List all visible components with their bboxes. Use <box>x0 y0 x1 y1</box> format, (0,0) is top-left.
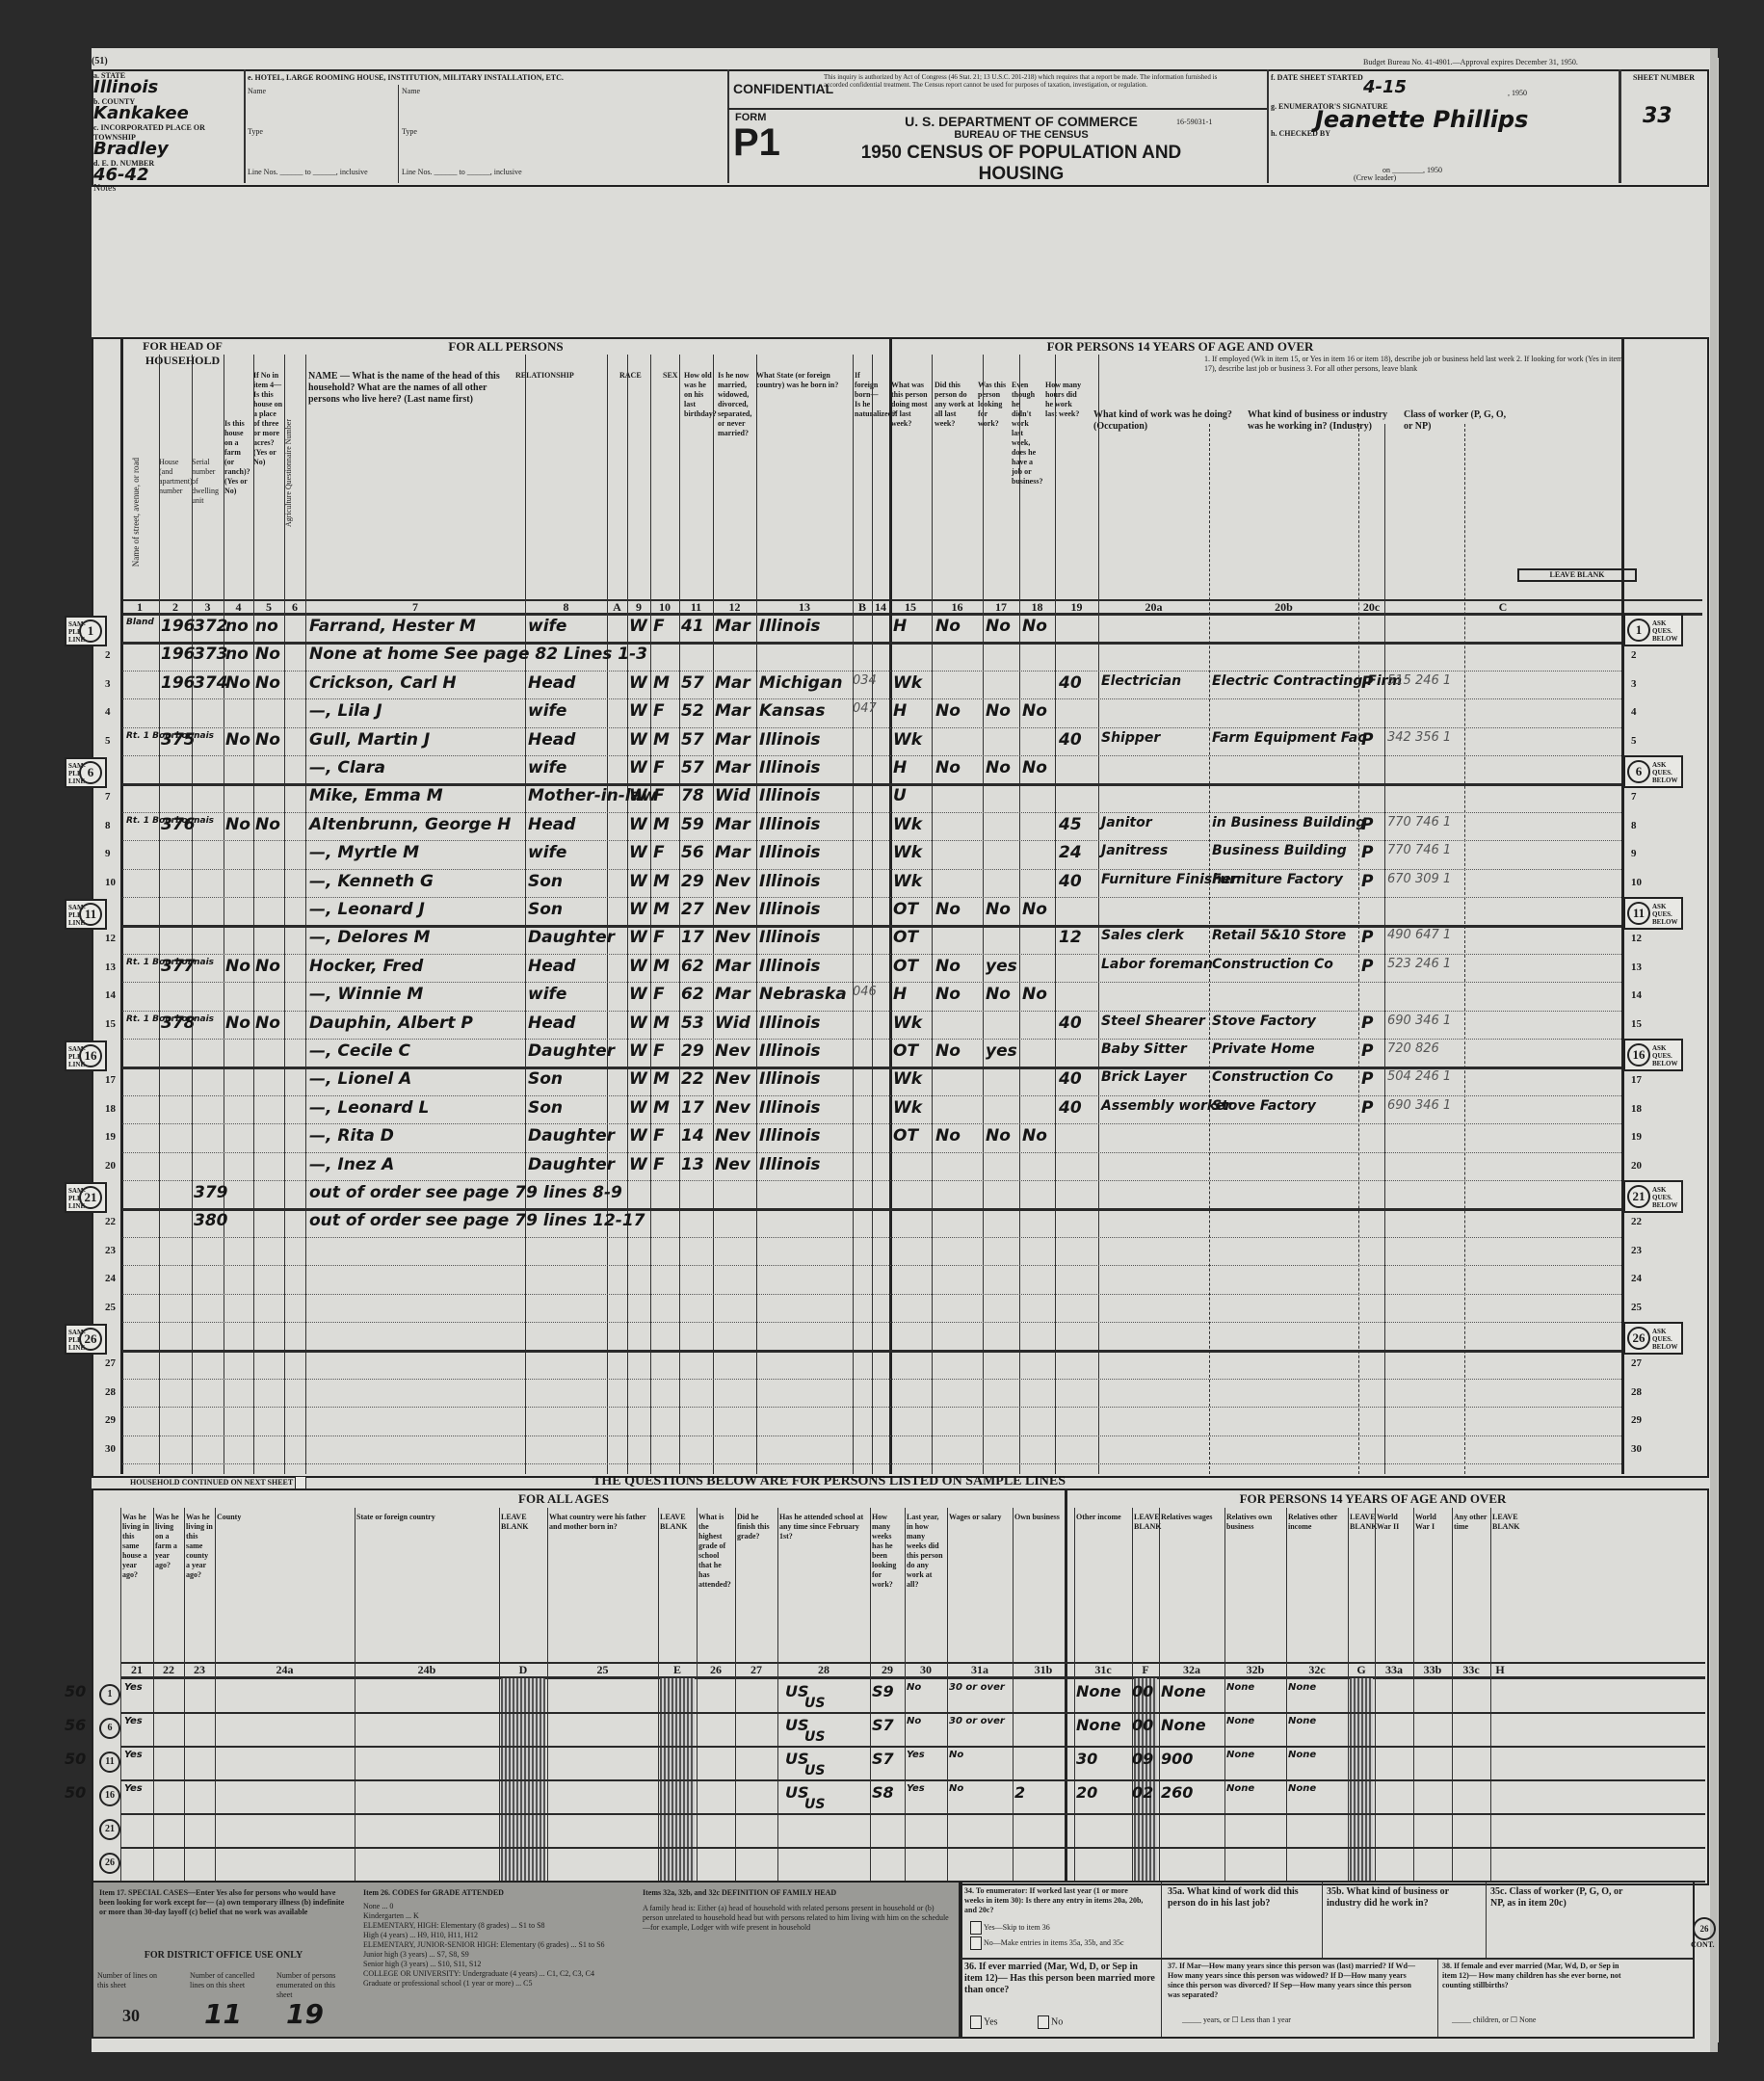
sample-col-label-32a: Relatives wages <box>1161 1513 1223 1522</box>
household-continued-checkbox[interactable] <box>295 1476 306 1489</box>
cell-hours: 12 <box>1059 928 1097 947</box>
sample-colnum-28: 28 <box>777 1663 870 1677</box>
sample-cell-f[interactable]: 00 <box>1132 1716 1159 1734</box>
line-number-right: 19 <box>1631 1131 1642 1143</box>
sample-cell-grade[interactable]: S7 <box>872 1716 907 1734</box>
cell-c17: yes <box>986 1041 1018 1061</box>
sample-cell-c30[interactable]: None <box>1076 1716 1124 1734</box>
line-number: 2 <box>105 649 111 661</box>
sample-col-label-31a: Wages or salary <box>949 1513 1011 1522</box>
sample-cell-c30[interactable]: 20 <box>1076 1783 1124 1802</box>
grade-code-item: High (4 years) ... H9, H10, H11, H12 <box>363 1931 623 1940</box>
cell-race: W <box>629 1014 650 1033</box>
col-1-label: Name of street, avenue, or road <box>130 458 157 566</box>
confidential-text: This inquiry is authorized by Act of Con… <box>824 73 1228 89</box>
table-row: SAM-PLE LINE2626ASK QUES. BELOW <box>92 1322 1705 1350</box>
cont-label: CONT. <box>1691 1940 1715 1950</box>
checked-by-label: h. CHECKED BY <box>1271 129 1330 139</box>
sample-cell-c31c[interactable]: None <box>1288 1750 1346 1760</box>
cell-name: —, Cecile C <box>309 1041 523 1061</box>
cell-rel: wife <box>528 985 605 1004</box>
line-number-right: 22 <box>1631 1216 1642 1227</box>
cell-name: —, Kenneth G <box>309 872 523 891</box>
line-number: 13 <box>105 961 116 973</box>
sample-cell-c31b[interactable]: None <box>1226 1750 1284 1760</box>
sample-cell-c31c[interactable]: None <box>1288 1783 1346 1794</box>
q34-no-checkbox[interactable] <box>970 1936 982 1950</box>
cell-race: W <box>629 957 650 976</box>
colnum-20b: 20b <box>1209 600 1358 615</box>
cell-occ: Assembly worker <box>1101 1098 1207 1114</box>
cell-age: 29 <box>681 872 712 891</box>
cell-marital: Nev <box>715 1098 755 1118</box>
cell-acres: No <box>255 645 284 664</box>
cell-name: —, Lila J <box>309 701 523 721</box>
col-12-label: Is he now married, widowed, divorced, se… <box>718 371 751 438</box>
cell-sex: F <box>653 1155 678 1174</box>
colnum-18: 18 <box>1019 600 1055 615</box>
col-20b-label: What kind of business or industry was he… <box>1248 409 1392 433</box>
cancelled-label: Number of cancelled lines on this sheet <box>190 1971 257 1990</box>
table-row: SAM-PLE LINE1111ASK QUES. BELOW—, Leonar… <box>92 897 1705 925</box>
cell-hours: 40 <box>1059 730 1097 750</box>
sample-colnum-33a: 33a <box>1375 1663 1413 1677</box>
line-number-right: 30 <box>1631 1443 1642 1455</box>
sample-cell-c21[interactable]: Yes <box>124 1750 153 1760</box>
cell-c15: Wk <box>893 1098 932 1118</box>
cell-sex: M <box>653 730 678 750</box>
sample-colnum-24a: 24a <box>215 1663 355 1677</box>
col-14-label: If foreign born— Is he naturalized? <box>855 371 879 419</box>
q37-tail[interactable]: _____ years, or ☐ Less than 1 year <box>1182 2015 1291 2025</box>
cell-code: 342 356 1 <box>1387 730 1503 745</box>
cell-occ: Janitor <box>1101 815 1207 830</box>
line-number: 7 <box>105 791 111 803</box>
col-9-label: RACE <box>619 371 658 381</box>
line-number-right: 15 <box>1631 1018 1642 1030</box>
sample-line-circle: 21 <box>99 1819 120 1840</box>
sample-cell-c28[interactable]: No <box>949 1783 1007 1794</box>
sample-colnum-22: 22 <box>153 1663 184 1677</box>
sample-cell-c31b[interactable]: None <box>1226 1783 1284 1794</box>
cell-c17: No <box>986 617 1018 636</box>
cell-marital: Mar <box>715 730 755 750</box>
form-id: P1 <box>733 121 780 164</box>
sample-cell-prefix[interactable]: 50 <box>65 1682 88 1700</box>
col-7-label: NAME — What is the name of the head of t… <box>308 371 511 406</box>
cell-race: W <box>629 701 650 721</box>
sample-cell-c31a[interactable]: None <box>1161 1682 1219 1700</box>
sample-cell-c31c[interactable]: None <box>1288 1682 1346 1693</box>
cell-race: W <box>629 1098 650 1118</box>
confidential-label: CONFIDENTIAL <box>733 81 833 96</box>
cell-age: 14 <box>681 1126 712 1146</box>
cell-sex: F <box>653 1126 678 1146</box>
cell-age: 29 <box>681 1041 712 1061</box>
section-all-persons: FOR ALL PERSONS <box>246 339 766 355</box>
cell-birthplace: Illinois <box>759 1069 852 1089</box>
sample-cell-c21[interactable]: Yes <box>124 1716 153 1726</box>
hotel-lines-label-1: Line Nos. ______ to ______, inclusive <box>248 168 368 177</box>
cell-birthplace: Illinois <box>759 758 852 777</box>
cell-name: Altenbrunn, George H <box>309 815 523 834</box>
cell-sex: M <box>653 1014 678 1033</box>
sample-colnum-33b: 33b <box>1413 1663 1452 1677</box>
sample-cell-grade[interactable]: S8 <box>872 1783 907 1802</box>
cancelled-value: 11 <box>204 1998 242 2030</box>
sample-colnum-31b: 31b <box>1013 1663 1074 1677</box>
cell-rel: wife <box>528 617 605 636</box>
cell-c15: Wk <box>893 872 932 891</box>
cell-birthplace: Illinois <box>759 730 852 750</box>
sample-cell-c31c[interactable]: None <box>1288 1716 1346 1726</box>
q34-yes-checkbox[interactable] <box>970 1921 982 1935</box>
cell-birthplace: Illinois <box>759 957 852 976</box>
sample-questions-title: THE QUESTIONS BELOW ARE FOR PERSONS LIST… <box>592 1474 1066 1489</box>
line-number: 10 <box>105 877 116 888</box>
sample-cell-prefix[interactable]: 50 <box>65 1750 88 1768</box>
cell-race: W <box>629 786 650 805</box>
section-persons-14: FOR PERSONS 14 YEARS OF AGE AND OVER <box>824 339 1537 355</box>
colnum-4: 4 <box>224 600 253 615</box>
cell-marital: Wid <box>715 1014 755 1033</box>
q34-yes-option[interactable]: Yes—Skip to item 36 <box>970 1921 1050 1935</box>
cell-birthplace: Illinois <box>759 1014 852 1033</box>
line-number: 5 <box>105 735 111 747</box>
grade-codes-list: None ... 0Kindergarten ... KELEMENTARY, … <box>363 1902 623 1989</box>
cell-c15: OT <box>893 1126 932 1146</box>
cell-age: 53 <box>681 1014 712 1033</box>
q36-text: 36. If ever married (Mar, Wd, D, or Sep … <box>964 1962 1157 1996</box>
cell-farm: no <box>225 617 252 636</box>
sample-cell-grade[interactable]: S7 <box>872 1750 907 1768</box>
cell-ind: Retail 5&10 Store <box>1212 928 1356 943</box>
line-number: 29 <box>105 1414 116 1426</box>
cell-race: W <box>629 1155 650 1174</box>
grade-code-item: Senior high (3 years) ... S10, S11, S12 <box>363 1960 623 1969</box>
cell-ind: Stove Factory <box>1212 1014 1356 1029</box>
sample-cell-c31a[interactable]: None <box>1161 1716 1219 1734</box>
q38-tail[interactable]: _____ children, or ☐ None <box>1452 2015 1536 2025</box>
cell-rel: Daughter <box>528 1126 605 1146</box>
table-row: 2323 <box>92 1237 1705 1265</box>
q35a-text: 35a. What kind of work did this person d… <box>1168 1886 1322 1910</box>
cell-code: 523 246 1 <box>1387 957 1503 971</box>
cell-serial: 373 <box>194 645 223 664</box>
cell-rel: Head <box>528 957 605 976</box>
sample-cell-mother[interactable]: US <box>804 1729 825 1745</box>
cell-age: 22 <box>681 1069 712 1089</box>
cell-code: 770 746 1 <box>1387 815 1503 830</box>
cell-name: —, Clara <box>309 758 523 777</box>
q38-text: 38. If female and ever married (Mar, Wd,… <box>1442 1962 1635 1990</box>
sample-cell-mother[interactable]: US <box>804 1797 825 1812</box>
cell-marital: Mar <box>715 957 755 976</box>
sample-colnum-g: G <box>1348 1663 1375 1677</box>
sample-cell-f[interactable]: 00 <box>1132 1682 1159 1700</box>
cell-rel: Daughter <box>528 928 605 947</box>
line-number-right: 24 <box>1631 1273 1642 1284</box>
cell-rel: Son <box>528 1098 605 1118</box>
cell-code: 515 246 1 <box>1387 673 1503 688</box>
sample-cell-f[interactable]: 09 <box>1132 1750 1159 1768</box>
cell-rel: wife <box>528 758 605 777</box>
line-number-right: 12 <box>1631 933 1642 944</box>
colnum-a: A <box>607 600 627 615</box>
cell-rel: Mother-in-law <box>528 786 605 805</box>
cell-c17: No <box>986 985 1018 1004</box>
cell-rel: Head <box>528 815 605 834</box>
cell-c17: No <box>986 1126 1018 1146</box>
q34-no-option[interactable]: No—Make entries in items 35a, 35b, and 3… <box>970 1936 1124 1950</box>
cell-ind: Farm Equipment Fac <box>1212 730 1356 746</box>
cell-rel: Daughter <box>528 1155 605 1174</box>
county-value: Kankakee <box>93 103 243 123</box>
table-row: SAM-PLE LINE2121ASK QUES. BELOW379out of… <box>92 1180 1705 1208</box>
colnum-16: 16 <box>932 600 983 615</box>
cell-marital: Mar <box>715 758 755 777</box>
sample-colnum-32a: 32a <box>1159 1663 1224 1677</box>
cell-cls: P <box>1361 1098 1382 1118</box>
cell-sex: F <box>653 786 678 805</box>
location-fields: a. STATE Illinois b. COUNTY Kankakee c. … <box>93 71 243 185</box>
table-row: 1313Rt. 1 Bourbonnais377NoNoHocker, Fred… <box>92 954 1705 982</box>
cell-house: 196 <box>161 617 192 636</box>
sample-cell-c31a[interactable]: 900 <box>1161 1750 1219 1768</box>
cell-b: 034 <box>853 673 891 688</box>
sample-cell-finished[interactable]: Yes <box>907 1783 945 1794</box>
date-started-label: f. DATE SHEET STARTED <box>1271 73 1363 83</box>
cell-c15: H <box>893 701 932 721</box>
grade-code-item: Kindergarten ... K <box>363 1911 623 1921</box>
colnum-10: 10 <box>650 600 679 615</box>
sample-col-label-32b: Relatives own business <box>1226 1513 1284 1532</box>
cell-birthplace: Kansas <box>759 701 852 721</box>
table-row: 22196373noNoNone at home See page 82 Lin… <box>92 642 1705 670</box>
q36-yes-checkbox[interactable] <box>970 2015 982 2029</box>
sample-cell-c21[interactable]: Yes <box>124 1682 153 1693</box>
sample-cell-mother[interactable]: US <box>804 1763 825 1778</box>
cell-marital: Wid <box>715 786 755 805</box>
table-row: 1818—, Leonard LSonWM17NevIllinoisWk40As… <box>92 1095 1705 1123</box>
cell-c18: No <box>1022 1126 1055 1146</box>
cell-house: 378 <box>161 1014 192 1033</box>
cell-race: W <box>629 900 650 919</box>
census-title: 1950 CENSUS OF POPULATION AND HOUSING <box>843 143 1199 185</box>
sample-col-label-27: Did he finish this grade? <box>737 1513 776 1541</box>
cell-serial: 372 <box>194 617 223 636</box>
cell-ind: Business Building <box>1212 843 1356 858</box>
cell-c15: Wk <box>893 730 932 750</box>
sample-colnum-30: 30 <box>905 1663 947 1677</box>
cell-sex: M <box>653 872 678 891</box>
sample-col-label-33b: World War I <box>1415 1513 1450 1532</box>
sample-cell-c28[interactable]: 30 or over <box>949 1716 1007 1726</box>
sample-cell-c31b[interactable]: None <box>1226 1682 1284 1693</box>
colnum-19: 19 <box>1055 600 1098 615</box>
sample-cell-finished[interactable]: No <box>907 1716 945 1726</box>
sample-cell-c21[interactable]: Yes <box>124 1783 153 1794</box>
cell-street: Rt. 1 Bourbonnais <box>126 731 155 741</box>
family-head-text: A family head is: Either (a) head of hou… <box>643 1904 951 1933</box>
cell-acres: No <box>255 815 284 834</box>
cell-birthplace: Illinois <box>759 1155 852 1174</box>
line-number: 18 <box>105 1103 116 1115</box>
cell-occ: Sales clerk <box>1101 928 1207 943</box>
cell-hours: 45 <box>1059 815 1097 834</box>
col-2-label: House (and apartment) number <box>159 458 190 496</box>
sample-cell-f[interactable]: 02 <box>1132 1783 1159 1802</box>
cell-race: W <box>629 985 650 1004</box>
cell-sex: F <box>653 928 678 947</box>
cell-serial: 380 <box>194 1211 223 1230</box>
sample-col-label-h: LEAVE BLANK <box>1492 1513 1508 1532</box>
col-4-label: Is this house on a farm (or ranch)? (Yes… <box>224 419 251 496</box>
cell-birthplace: Illinois <box>759 872 852 891</box>
cell-street: Bland <box>126 618 155 627</box>
q36-no-checkbox[interactable] <box>1038 2015 1049 2029</box>
line-number: 19 <box>105 1131 116 1143</box>
cell-c17: No <box>986 900 1018 919</box>
cell-code: 490 647 1 <box>1387 928 1503 942</box>
special-cases: Item 17. SPECIAL CASES—Enter Yes also fo… <box>99 1888 350 1917</box>
cell-c15: Wk <box>893 673 932 693</box>
sample-cell-mother[interactable]: US <box>804 1696 825 1711</box>
cell-age: 59 <box>681 815 712 834</box>
cell-rel: Son <box>528 872 605 891</box>
form-code: 16-59031-1 <box>1176 118 1212 127</box>
q36-no-option[interactable]: No <box>1038 2015 1063 2029</box>
grade-code-item: None ... 0 <box>363 1902 623 1911</box>
cell-code: 504 246 1 <box>1387 1069 1503 1084</box>
sample-cell-prefix[interactable]: 56 <box>65 1716 88 1734</box>
cell-c17: No <box>986 701 1018 721</box>
table-row: 1212—, Delores MDaughterWF17NevIllinoisO… <box>92 925 1705 953</box>
cell-marital: Nev <box>715 1069 755 1089</box>
column-headers: Name of street, avenue, or road House (a… <box>130 361 1691 597</box>
cell-street: Rt. 1 Bourbonnais <box>126 958 155 967</box>
line-number: 30 <box>105 1443 116 1455</box>
cell-marital: Mar <box>715 701 755 721</box>
cell-sex: M <box>653 815 678 834</box>
cell-birthplace: Illinois <box>759 1041 852 1061</box>
cell-ind: Electric Contracting Firm <box>1212 673 1356 689</box>
cell-house: 196 <box>161 673 192 693</box>
sample-colnum-25: 25 <box>547 1663 658 1677</box>
cell-rel: wife <box>528 701 605 721</box>
colnum-2: 2 <box>159 600 192 615</box>
cell-name: —, Leonard J <box>309 900 523 919</box>
cell-sex: M <box>653 900 678 919</box>
grade-code-item: Graduate or professional school (1 year … <box>363 1979 623 1989</box>
sample-cell-c30[interactable]: None <box>1076 1682 1124 1700</box>
table-row: 1515Rt. 1 Bourbonnais378NoNoDauphin, Alb… <box>92 1011 1705 1039</box>
table-row: 1717—, Lionel ASonWM22NevIllinoisWk40Bri… <box>92 1067 1705 1094</box>
cell-age: 52 <box>681 701 712 721</box>
cell-race: W <box>629 815 650 834</box>
cell-farm: no <box>225 645 252 664</box>
household-continued[interactable]: HOUSEHOLD CONTINUED ON NEXT SHEET <box>130 1476 308 1489</box>
sample-row: 1150YesUSS7YesNo30900NoneNone09US <box>92 1746 1705 1779</box>
sample-cell-c31b[interactable]: None <box>1226 1716 1284 1726</box>
sample-cell-finished[interactable]: No <box>907 1682 945 1693</box>
sample-line-circle: 6 <box>99 1718 120 1739</box>
cell-birthplace: Illinois <box>759 843 852 862</box>
cell-race: W <box>629 928 650 947</box>
cell-race: W <box>629 617 650 636</box>
sample-cell-grade[interactable]: S9 <box>872 1682 907 1700</box>
col-19-label: How many hours did he work last week? <box>1045 381 1082 419</box>
colnum-c: C <box>1384 600 1621 615</box>
line-number: 12 <box>105 933 116 944</box>
grade-code-item: ELEMENTARY, HIGH: Elementary (8 grades) … <box>363 1921 623 1931</box>
hotel-label: e. HOTEL, LARGE ROOMING HOUSE, INSTITUTI… <box>248 73 564 83</box>
colnum-11: 11 <box>679 600 713 615</box>
q36-yes-option[interactable]: Yes <box>970 2015 998 2029</box>
sample-colnum-32b: 32b <box>1224 1663 1286 1677</box>
table-row: 88Rt. 1 Bourbonnais376NoNoAltenbrunn, Ge… <box>92 812 1705 840</box>
cell-name: None at home See page 82 Lines 1-3 <box>309 645 523 664</box>
sample-colnum-32c: 32c <box>1286 1663 1348 1677</box>
cell-house: 375 <box>161 730 192 750</box>
line-number: 24 <box>105 1273 116 1284</box>
sample-colnum-e: E <box>658 1663 697 1677</box>
cell-cls: P <box>1361 957 1382 976</box>
sample-cell-prefix[interactable]: 50 <box>65 1783 88 1802</box>
cell-c18: No <box>1022 985 1055 1004</box>
cell-farm: No <box>225 957 252 976</box>
sample-col-label-g: LEAVE BLANK <box>1350 1513 1373 1532</box>
line-number-right: 17 <box>1631 1074 1642 1086</box>
table-row: 44—, Lila JwifeWF52MarKansas047HNoNoNo <box>92 698 1705 726</box>
sample-cell-c28[interactable]: 30 or over <box>949 1682 1007 1693</box>
cell-c16: No <box>935 758 982 777</box>
line-number: 15 <box>105 1018 116 1030</box>
cell-age: 13 <box>681 1155 712 1174</box>
sample-cell-c30[interactable]: 30 <box>1076 1750 1124 1768</box>
line-number: 14 <box>105 989 116 1001</box>
cell-cls: P <box>1361 730 1382 750</box>
line-number-right: 9 <box>1631 848 1637 859</box>
cell-birthplace: Illinois <box>759 815 852 834</box>
q35b-text: 35b. What kind of business or industry d… <box>1327 1886 1481 1910</box>
sample-cell-c29[interactable]: 2 <box>1014 1783 1043 1802</box>
cell-name: Mike, Emma M <box>309 786 523 805</box>
sample-cell-c31a[interactable]: 260 <box>1161 1783 1219 1802</box>
page-code: (51) <box>92 56 108 66</box>
cell-sex: F <box>653 758 678 777</box>
sample-cell-finished[interactable]: Yes <box>907 1750 945 1760</box>
line-number-right: 14 <box>1631 989 1642 1001</box>
table-row: 1414—, Winnie MwifeWF62MarNebraska046HNo… <box>92 982 1705 1010</box>
sample-colnum-26: 26 <box>697 1663 735 1677</box>
hotel-name-label-2: Name <box>402 87 420 96</box>
state-value: Illinois <box>93 77 243 97</box>
cell-sex: F <box>653 701 678 721</box>
cell-name: Dauphin, Albert P <box>309 1014 523 1033</box>
cell-acres: No <box>255 673 284 693</box>
sample-row: 1650YesUSS8YesNo220260NoneNone02US <box>92 1779 1705 1813</box>
cell-c16: No <box>935 900 982 919</box>
cell-marital: Mar <box>715 985 755 1004</box>
sample-colnum-h: H <box>1490 1663 1510 1677</box>
cell-birthplace: Illinois <box>759 928 852 947</box>
cell-c15: OT <box>893 928 932 947</box>
cell-code: 690 346 1 <box>1387 1098 1503 1113</box>
table-row: 33196374NoNoCrickson, Carl HHeadWM57MarM… <box>92 671 1705 698</box>
sample-cell-c28[interactable]: No <box>949 1750 1007 1760</box>
cell-c16: No <box>935 1126 982 1146</box>
